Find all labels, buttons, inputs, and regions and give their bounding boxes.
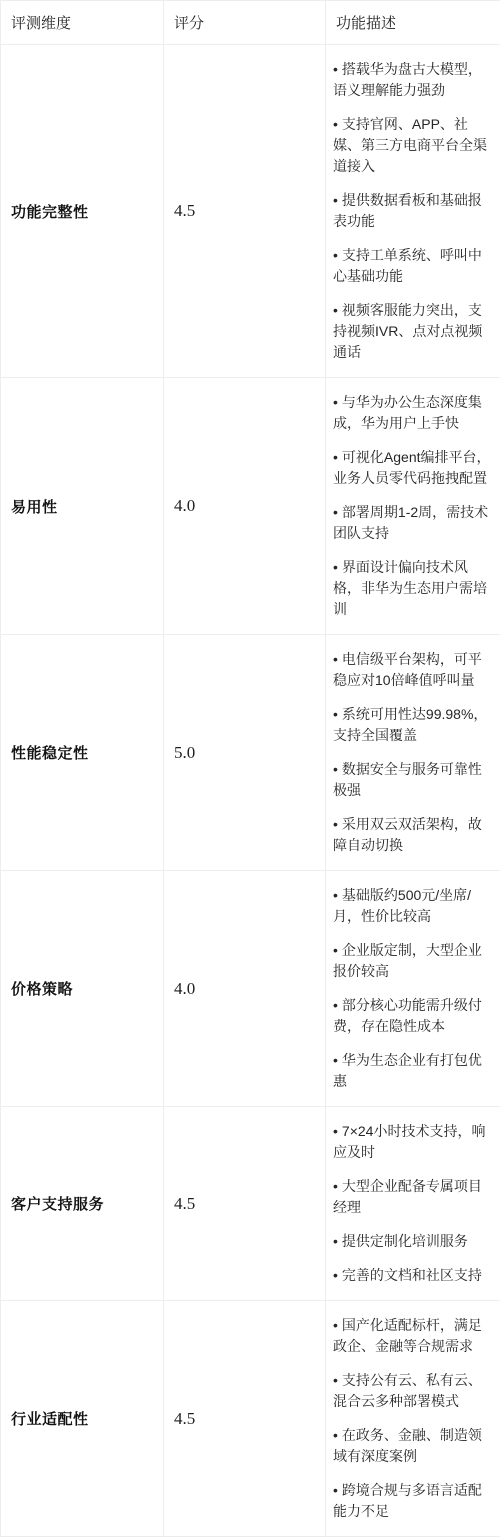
bullet-item: •系统可用性达99.98%，支持全国覆盖 — [333, 704, 493, 746]
bullet-icon: • — [333, 394, 338, 410]
score-value: 5.0 — [164, 635, 326, 871]
bullet-text: 提供数据看板和基础报表功能 — [333, 192, 482, 229]
bullet-icon: • — [333, 1052, 338, 1068]
bullet-item: •国产化适配标杆，满足政企、金融等合规需求 — [333, 1315, 493, 1357]
table-row: 易用性4.0•与华为办公生态深度集成，华为用户上手快•可视化Agent编排平台，… — [1, 378, 500, 635]
bullet-icon: • — [333, 1372, 338, 1388]
bullet-text: 基础版约500元/坐席/月，性价比较高 — [333, 887, 471, 924]
bullet-item: •提供数据看板和基础报表功能 — [333, 190, 493, 232]
bullet-text: 与华为办公生态深度集成，华为用户上手快 — [333, 394, 482, 431]
bullet-item: •大型企业配备专属项目经理 — [333, 1176, 493, 1218]
bullet-icon: • — [333, 559, 338, 575]
bullet-item: •可视化Agent编排平台，业务人员零代码拖拽配置 — [333, 447, 493, 489]
dimension-label: 价格策略 — [1, 871, 164, 1107]
description-cell: •电信级平台架构，可平稳应对10倍峰值呼叫量•系统可用性达99.98%，支持全国… — [326, 635, 500, 871]
bullet-item: •跨境合规与多语言适配能力不足 — [333, 1480, 493, 1522]
bullet-text: 完善的文档和社区支持 — [342, 1267, 482, 1283]
bullet-icon: • — [333, 761, 338, 777]
description-cell: •基础版约500元/坐席/月，性价比较高•企业版定制，大型企业报价较高•部分核心… — [326, 871, 500, 1107]
bullet-text: 跨境合规与多语言适配能力不足 — [333, 1482, 482, 1519]
table-row: 客户支持服务4.5•7×24小时技术支持，响应及时•大型企业配备专属项目经理•提… — [1, 1107, 500, 1301]
bullet-text: 电信级平台架构，可平稳应对10倍峰值呼叫量 — [333, 651, 482, 688]
bullet-text: 视频客服能力突出，支持视频IVR、点对点视频通话 — [333, 302, 482, 360]
bullet-item: •视频客服能力突出，支持视频IVR、点对点视频通话 — [333, 300, 493, 363]
bullet-icon: • — [333, 942, 338, 958]
bullet-item: •企业版定制，大型企业报价较高 — [333, 940, 493, 982]
bullet-icon: • — [333, 816, 338, 832]
dimension-label: 客户支持服务 — [1, 1107, 164, 1301]
score-value: 4.5 — [164, 1107, 326, 1301]
bullet-icon: • — [333, 247, 338, 263]
bullet-item: •电信级平台架构，可平稳应对10倍峰值呼叫量 — [333, 649, 493, 691]
table-body: 功能完整性4.5•搭载华为盘古大模型，语义理解能力强劲•支持官网、APP、社媒、… — [1, 45, 500, 1537]
bullet-icon: • — [333, 887, 338, 903]
bullet-text: 国产化适配标杆，满足政企、金融等合规需求 — [333, 1317, 482, 1354]
bullet-text: 系统可用性达99.98%，支持全国覆盖 — [333, 706, 487, 743]
bullet-icon: • — [333, 1123, 338, 1139]
bullet-item: •基础版约500元/坐席/月，性价比较高 — [333, 885, 493, 927]
score-value: 4.0 — [164, 378, 326, 635]
table-row: 功能完整性4.5•搭载华为盘古大模型，语义理解能力强劲•支持官网、APP、社媒、… — [1, 45, 500, 378]
bullet-text: 采用双云双活架构，故障自动切换 — [333, 816, 482, 853]
bullet-icon: • — [333, 1267, 338, 1283]
bullet-text: 可视化Agent编排平台，业务人员零代码拖拽配置 — [333, 449, 491, 486]
bullet-item: •支持工单系统、呼叫中心基础功能 — [333, 245, 493, 287]
table-row: 价格策略4.0•基础版约500元/坐席/月，性价比较高•企业版定制，大型企业报价… — [1, 871, 500, 1107]
table-row: 行业适配性4.5•国产化适配标杆，满足政企、金融等合规需求•支持公有云、私有云、… — [1, 1301, 500, 1537]
bullet-item: •在政务、金融、制造领域有深度案例 — [333, 1425, 493, 1467]
dimension-label: 行业适配性 — [1, 1301, 164, 1537]
bullet-text: 部署周期1-2周，需技术团队支持 — [333, 504, 488, 541]
table-row: 性能稳定性5.0•电信级平台架构，可平稳应对10倍峰值呼叫量•系统可用性达99.… — [1, 635, 500, 871]
bullet-item: •与华为办公生态深度集成，华为用户上手快 — [333, 392, 493, 434]
bullet-item: •华为生态企业有打包优惠 — [333, 1050, 493, 1092]
bullet-item: •搭载华为盘古大模型，语义理解能力强劲 — [333, 59, 493, 101]
bullet-icon: • — [333, 1482, 338, 1498]
bullet-item: •7×24小时技术支持，响应及时 — [333, 1121, 493, 1163]
bullet-text: 数据安全与服务可靠性极强 — [333, 761, 482, 798]
evaluation-table: 评测维度 评分 功能描述 功能完整性4.5•搭载华为盘古大模型，语义理解能力强劲… — [0, 0, 500, 1537]
bullet-text: 界面设计偏向技术风格，非华为生态用户需培训 — [333, 559, 487, 617]
description-cell: •国产化适配标杆，满足政企、金融等合规需求•支持公有云、私有云、混合云多种部署模… — [326, 1301, 500, 1537]
bullet-icon: • — [333, 1317, 338, 1333]
bullet-text: 搭载华为盘古大模型，语义理解能力强劲 — [333, 61, 482, 98]
bullet-item: •界面设计偏向技术风格，非华为生态用户需培训 — [333, 557, 493, 620]
bullet-icon: • — [333, 116, 338, 132]
bullet-icon: • — [333, 706, 338, 722]
description-cell: •搭载华为盘古大模型，语义理解能力强劲•支持官网、APP、社媒、第三方电商平台全… — [326, 45, 500, 378]
dimension-label: 性能稳定性 — [1, 635, 164, 871]
bullet-item: •数据安全与服务可靠性极强 — [333, 759, 493, 801]
bullet-item: •支持公有云、私有云、混合云多种部署模式 — [333, 1370, 493, 1412]
bullet-text: 在政务、金融、制造领域有深度案例 — [333, 1427, 482, 1464]
table-header-row: 评测维度 评分 功能描述 — [1, 1, 500, 45]
bullet-icon: • — [333, 192, 338, 208]
bullet-icon: • — [333, 449, 338, 465]
bullet-icon: • — [333, 1233, 338, 1249]
bullet-text: 提供定制化培训服务 — [342, 1233, 468, 1249]
header-description: 功能描述 — [326, 1, 500, 45]
bullet-item: •支持官网、APP、社媒、第三方电商平台全渠道接入 — [333, 114, 493, 177]
bullet-item: •采用双云双活架构，故障自动切换 — [333, 814, 493, 856]
bullet-text: 华为生态企业有打包优惠 — [333, 1052, 482, 1089]
bullet-item: •完善的文档和社区支持 — [333, 1265, 493, 1286]
bullet-text: 支持公有云、私有云、混合云多种部署模式 — [333, 1372, 482, 1409]
bullet-icon: • — [333, 1178, 338, 1194]
bullet-icon: • — [333, 504, 338, 520]
description-cell: •7×24小时技术支持，响应及时•大型企业配备专属项目经理•提供定制化培训服务•… — [326, 1107, 500, 1301]
bullet-icon: • — [333, 1427, 338, 1443]
score-value: 4.5 — [164, 1301, 326, 1537]
bullet-text: 7×24小时技术支持，响应及时 — [333, 1123, 485, 1160]
score-value: 4.0 — [164, 871, 326, 1107]
bullet-icon: • — [333, 302, 338, 318]
dimension-label: 功能完整性 — [1, 45, 164, 378]
bullet-item: •提供定制化培训服务 — [333, 1231, 493, 1252]
bullet-text: 企业版定制，大型企业报价较高 — [333, 942, 482, 979]
bullet-text: 支持工单系统、呼叫中心基础功能 — [333, 247, 482, 284]
bullet-text: 部分核心功能需升级付费，存在隐性成本 — [333, 997, 482, 1034]
description-cell: •与华为办公生态深度集成，华为用户上手快•可视化Agent编排平台，业务人员零代… — [326, 378, 500, 635]
bullet-item: •部署周期1-2周，需技术团队支持 — [333, 502, 493, 544]
bullet-item: •部分核心功能需升级付费，存在隐性成本 — [333, 995, 493, 1037]
bullet-text: 支持官网、APP、社媒、第三方电商平台全渠道接入 — [333, 116, 487, 174]
bullet-icon: • — [333, 61, 338, 77]
header-dimension: 评测维度 — [1, 1, 164, 45]
bullet-icon: • — [333, 651, 338, 667]
header-score: 评分 — [164, 1, 326, 45]
score-value: 4.5 — [164, 45, 326, 378]
dimension-label: 易用性 — [1, 378, 164, 635]
bullet-text: 大型企业配备专属项目经理 — [333, 1178, 482, 1215]
bullet-icon: • — [333, 997, 338, 1013]
